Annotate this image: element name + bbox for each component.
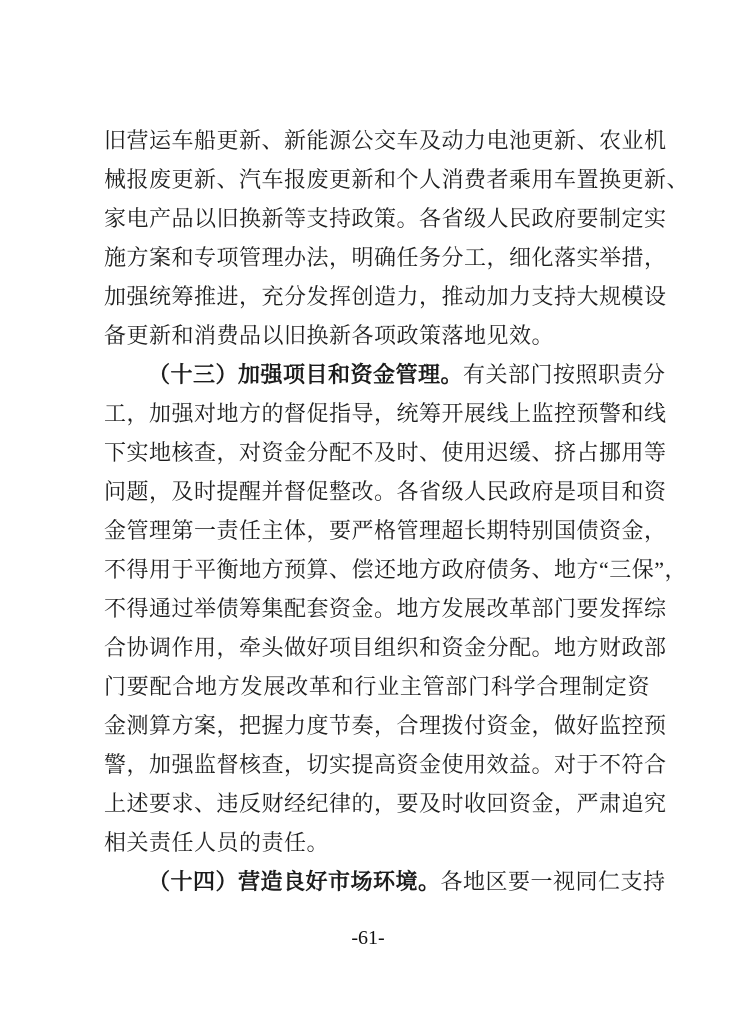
line-text: 施方案和专项管理办法，明确任务分工，细化落实举措， bbox=[104, 245, 667, 270]
text-line-clause-14: （十四）营造良好市场环境。各地区要一视同仁支持 bbox=[104, 862, 650, 901]
line-text: 加强统筹推进，充分发挥创造力，推动加力支持大规模设 bbox=[104, 284, 667, 309]
line-text: 金测算方案，把握力度节奏，合理拨付资金，做好监控预 bbox=[104, 713, 667, 738]
text-line: 加强统筹推进，充分发挥创造力，推动加力支持大规模设 bbox=[104, 277, 650, 316]
text-line: 不得用于平衡地方预算、偿还地方政府债务、地方“三保”， bbox=[104, 550, 650, 589]
clause-14-heading: （十四）营造良好市场环境。 bbox=[148, 869, 441, 894]
line-text: 工，加强对地方的督促指导，统筹开展线上监控预警和线 bbox=[104, 401, 667, 426]
line-text: 问题，及时提醒并督促整改。各省级人民政府是项目和资 bbox=[104, 479, 667, 504]
text-line: 相关责任人员的责任。 bbox=[104, 823, 650, 862]
text-line: 工，加强对地方的督促指导，统筹开展线上监控预警和线 bbox=[104, 394, 650, 433]
text-line: 下实地核查，对资金分配不及时、使用迟缓、挤占挪用等 bbox=[104, 433, 650, 472]
text-line: 旧营运车船更新、新能源公交车及动力电池更新、农业机 bbox=[104, 121, 650, 160]
line-text: 械报废更新、汽车报废更新和个人消费者乘用车置换更新、 bbox=[104, 167, 689, 192]
line-text: 警，加强监督核查，切实提高资金使用效益。对于不符合 bbox=[104, 752, 667, 777]
line-text: 相关责任人员的责任。 bbox=[104, 830, 329, 855]
text-line: 施方案和专项管理办法，明确任务分工，细化落实举措， bbox=[104, 238, 650, 277]
line-text: 各地区要一视同仁支持 bbox=[441, 869, 666, 894]
page-number: -61- bbox=[0, 925, 736, 951]
text-line: 家电产品以旧换新等支持政策。各省级人民政府要制定实 bbox=[104, 199, 650, 238]
line-text: 金管理第一责任主体，要严格管理超长期特别国债资金， bbox=[104, 518, 667, 543]
clause-13-heading: （十三）加强项目和资金管理。 bbox=[148, 362, 463, 387]
line-text: 家电产品以旧换新等支持政策。各省级人民政府要制定实 bbox=[104, 206, 667, 231]
line-text: 门要配合地方发展改革和行业主管部门科学合理制定资 bbox=[104, 674, 650, 699]
document-body: 旧营运车船更新、新能源公交车及动力电池更新、农业机 械报废更新、汽车报废更新和个… bbox=[104, 121, 650, 901]
text-line: 门要配合地方发展改革和行业主管部门科学合理制定资 bbox=[104, 667, 650, 706]
text-line: 上述要求、违反财经纪律的，要及时收回资金，严肃追究 bbox=[104, 784, 650, 823]
text-line: 金测算方案，把握力度节奏，合理拨付资金，做好监控预 bbox=[104, 706, 650, 745]
text-line: 金管理第一责任主体，要严格管理超长期特别国债资金， bbox=[104, 511, 650, 550]
line-text: 下实地核查，对资金分配不及时、使用迟缓、挤占挪用等 bbox=[104, 440, 667, 465]
text-line: 械报废更新、汽车报废更新和个人消费者乘用车置换更新、 bbox=[104, 160, 650, 199]
document-page: 旧营运车船更新、新能源公交车及动力电池更新、农业机 械报废更新、汽车报废更新和个… bbox=[0, 0, 736, 1009]
text-line: 不得通过举债筹集配套资金。地方发展改革部门要发挥综 bbox=[104, 589, 650, 628]
line-text: 不得通过举债筹集配套资金。地方发展改革部门要发挥综 bbox=[104, 596, 667, 621]
line-text: 不得用于平衡地方预算、偿还地方政府债务、地方“三保”， bbox=[104, 557, 687, 582]
line-text: 旧营运车船更新、新能源公交车及动力电池更新、农业机 bbox=[104, 128, 667, 153]
line-text: 上述要求、违反财经纪律的，要及时收回资金，严肃追究 bbox=[104, 791, 667, 816]
text-line: 警，加强监督核查，切实提高资金使用效益。对于不符合 bbox=[104, 745, 650, 784]
line-text: 备更新和消费品以旧换新各项政策落地见效。 bbox=[104, 323, 554, 348]
text-line: 合协调作用，牵头做好项目组织和资金分配。地方财政部 bbox=[104, 628, 650, 667]
line-text: 有关部门按照职责分 bbox=[463, 362, 666, 387]
line-text: 合协调作用，牵头做好项目组织和资金分配。地方财政部 bbox=[104, 635, 667, 660]
text-line-clause-13: （十三）加强项目和资金管理。有关部门按照职责分 bbox=[104, 355, 650, 394]
text-line: 问题，及时提醒并督促整改。各省级人民政府是项目和资 bbox=[104, 472, 650, 511]
text-line: 备更新和消费品以旧换新各项政策落地见效。 bbox=[104, 316, 650, 355]
